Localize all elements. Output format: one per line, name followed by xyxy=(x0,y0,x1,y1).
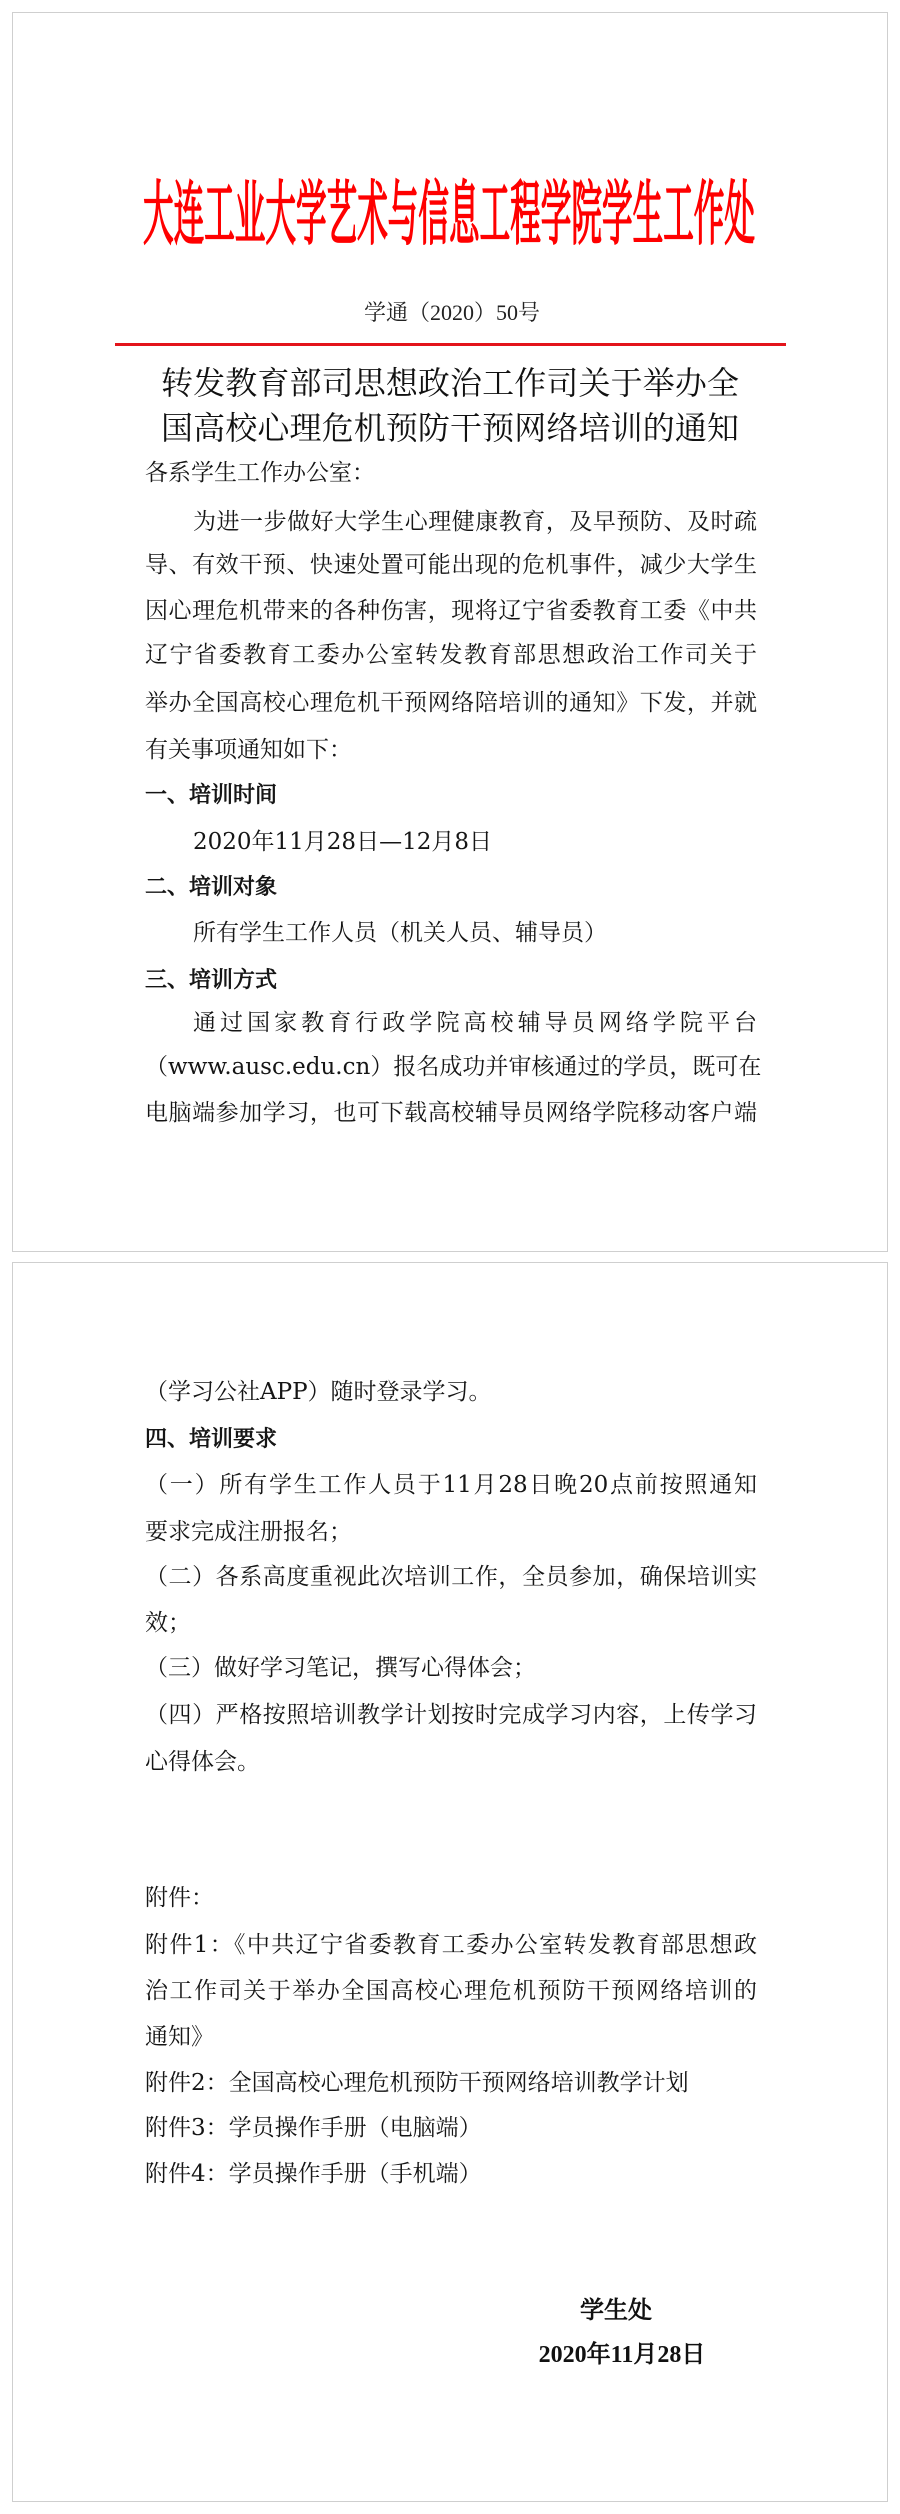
notice-title-line-2: 国高校心理危机预防干预网络培训的通知 xyxy=(161,411,739,445)
organization-letterhead-title: 大连工业大学艺术与信息工程学院学生工作处 xyxy=(143,178,755,250)
signature-date: 2020年11月28日 xyxy=(522,2343,722,2367)
intro-line: 辽宁省委教育工委办公室转发教育部思想政治工作司关于 xyxy=(145,642,757,668)
training-method-line: 电脑端参加学习，也可下载高校辅导员网络学院移动客户端 xyxy=(145,1100,757,1126)
attachment-item-1-cont: 通知》 xyxy=(145,2024,214,2050)
intro-line: 为进一步做好大学生心理健康教育，及早预防、及时疏 xyxy=(193,509,757,535)
training-method-line: （学习公社APP）随时登录学习。 xyxy=(145,1379,492,1405)
requirement-line: 要求完成注册报名； xyxy=(145,1519,352,1545)
signature-issuer: 学生处 xyxy=(578,2299,654,2323)
section-heading-training-audience: 二、培训对象 xyxy=(145,875,277,901)
attachments-label: 附件： xyxy=(145,1885,214,1911)
training-method-line: （www.ausc.edu.cn）报名成功并审核通过的学员，既可在 xyxy=(145,1054,757,1080)
letterhead-red-divider xyxy=(115,343,786,346)
attachment-item-2: 附件2：全国高校心理危机预防干预网络培训教学计划 xyxy=(145,2070,689,2096)
intro-line: 因心理危机带来的各种伤害，现将辽宁省委教育工委《中共 xyxy=(145,598,757,624)
intro-line: 有关事项通知如下： xyxy=(145,737,352,763)
requirement-line: 心得体会。 xyxy=(145,1749,260,1775)
section-heading-training-method: 三、培训方式 xyxy=(145,968,277,994)
attachment-item-3: 附件3：学员操作手册（电脑端） xyxy=(145,2115,482,2141)
requirement-line: 效； xyxy=(145,1610,191,1636)
requirement-line: （二）各系高度重视此次培训工作，全员参加，确保培训实 xyxy=(145,1564,757,1590)
attachment-item-4: 附件4：学员操作手册（手机端） xyxy=(145,2161,482,2187)
document-page-2 xyxy=(12,1262,888,2502)
requirement-line: （一）所有学生工作人员于11月28日晚20点前按照通知 xyxy=(145,1472,757,1498)
requirement-line: （三）做好学习笔记，撰写心得体会； xyxy=(145,1655,536,1681)
document-number: 学通（2020）50号 xyxy=(355,301,549,325)
requirement-line: （四）严格按照培训教学计划按时完成学习内容，上传学习 xyxy=(145,1702,757,1728)
training-method-line: 通过国家教育行政学院高校辅导员网络学院平台 xyxy=(193,1010,757,1036)
training-time-value: 2020年11月28日—12月8日 xyxy=(193,829,492,855)
training-audience-value: 所有学生工作人员（机关人员、辅导员） xyxy=(193,920,607,946)
section-heading-training-requirements: 四、培训要求 xyxy=(145,1427,277,1453)
attachment-item-1: 附件1：《中共辽宁省委教育工委办公室转发教育部思想政 xyxy=(145,1932,757,1958)
intro-line: 导、有效干预、快速处置可能出现的危机事件，减少大学生 xyxy=(145,552,757,578)
attachment-item-1-cont: 治工作司关于举办全国高校心理危机预防干预网络培训的 xyxy=(145,1978,757,2004)
section-heading-training-time: 一、培训时间 xyxy=(145,783,277,809)
notice-title-line-1: 转发教育部司思想政治工作司关于举办全 xyxy=(161,366,739,400)
salutation: 各系学生工作办公室： xyxy=(145,460,375,486)
intro-line: 举办全国高校心理危机干预网络陪培训的通知》下发，并就 xyxy=(145,690,757,716)
